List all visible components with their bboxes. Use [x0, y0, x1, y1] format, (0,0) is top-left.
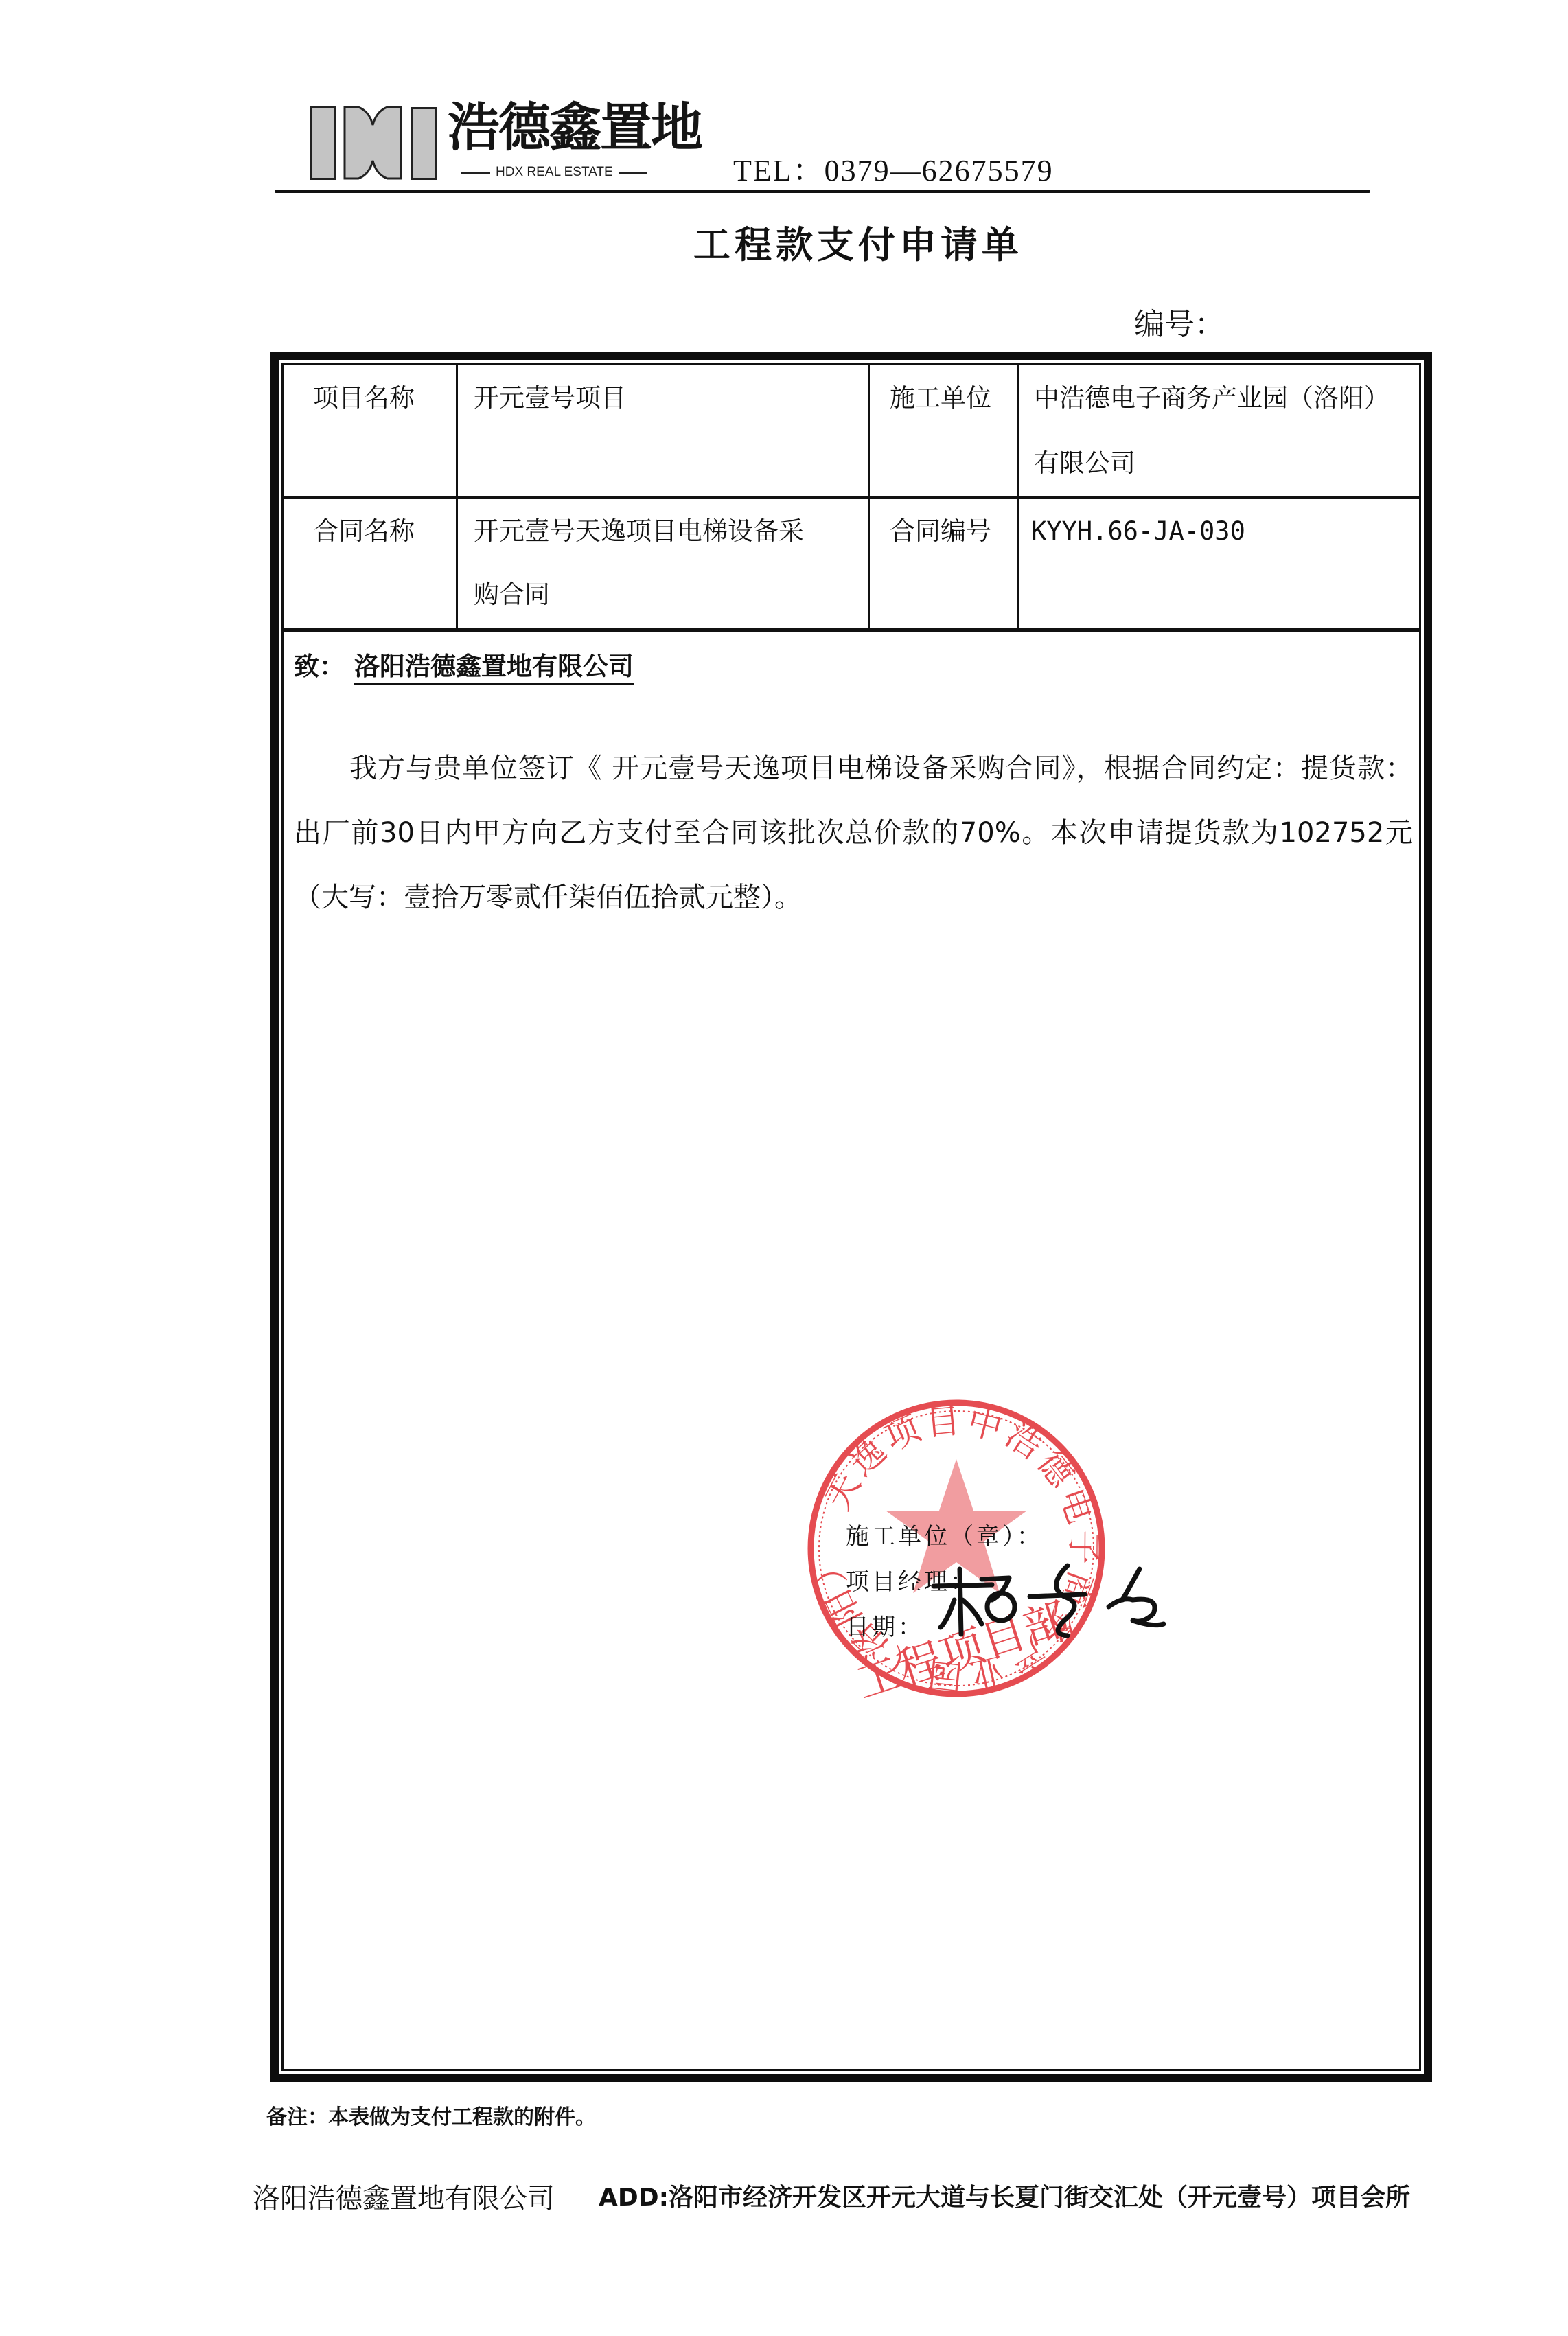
- col-divider-2: [868, 363, 870, 630]
- telephone: TEL：0379—62675579: [733, 146, 1054, 190]
- tagline-rule-left: [461, 172, 490, 174]
- value-contract-name-line-2: 购合同: [474, 562, 550, 627]
- form-inner-border: [281, 363, 1421, 2071]
- date-label: 日期：: [846, 1608, 924, 1642]
- addressee-line: 致：洛阳浩德鑫置地有限公司: [294, 645, 634, 683]
- label-contract-name: 合同名称: [313, 499, 415, 564]
- document-number-label: 编号：: [1134, 299, 1225, 343]
- value-contractor-line-2: 有限公司: [1034, 431, 1135, 496]
- value-contract-name-line-1: 开元壹号天逸项目电梯设备采: [474, 499, 804, 564]
- brand-name-en: HDX REAL ESTATE: [496, 165, 613, 180]
- brand-name-cn: 浩德鑫置地: [448, 102, 702, 154]
- logo-bar-left-icon: [310, 106, 336, 180]
- footer-company-name: 洛阳浩德鑫置地有限公司: [253, 2177, 555, 2216]
- value-contractor-line-1: 中浩德电子商务产业园（洛阳）: [1034, 365, 1390, 431]
- tagline-rule-right: [619, 172, 647, 174]
- remark-note: 备注：本表做为支付工程款的附件。: [266, 2100, 596, 2130]
- addressee-company: 洛阳浩德鑫置地有限公司: [354, 651, 634, 685]
- header-divider: [275, 190, 1370, 193]
- row-divider-2: [281, 628, 1421, 632]
- addressee-label: 致：: [294, 651, 345, 681]
- request-paragraph: 我方与贵单位签订《 开元壹号天逸项目电梯设备采购合同》，根据合同约定：提货款：出…: [294, 736, 1413, 930]
- request-paragraph-text: 我方与贵单位签订《 开元壹号天逸项目电梯设备采购合同》，根据合同约定：提货款：出…: [294, 753, 1413, 913]
- logo-bar-right-icon: [411, 107, 437, 180]
- label-contractor: 施工单位: [890, 365, 991, 431]
- document-title: 工程款支付申请单: [693, 216, 1023, 268]
- label-contract-number: 合同编号: [890, 499, 991, 564]
- label-project-name: 项目名称: [313, 365, 415, 431]
- row-divider-1: [281, 496, 1421, 499]
- handwritten-signature-icon: [927, 1559, 1174, 1641]
- logo-bowtie-icon: [343, 106, 402, 180]
- col-divider-1: [456, 363, 458, 630]
- value-project-name: 开元壹号项目: [474, 365, 626, 431]
- col-divider-3: [1017, 363, 1019, 630]
- brand-tagline: HDX REAL ESTATE: [461, 163, 647, 181]
- value-contract-number: KYYH.66-JA-030: [1031, 499, 1245, 564]
- contractor-seal-label: 施工单位（章）：: [846, 1518, 1043, 1551]
- footer-address: ADD:洛阳市经济开发区开元大道与长夏门街交汇处（开元壹号）项目会所: [599, 2178, 1410, 2213]
